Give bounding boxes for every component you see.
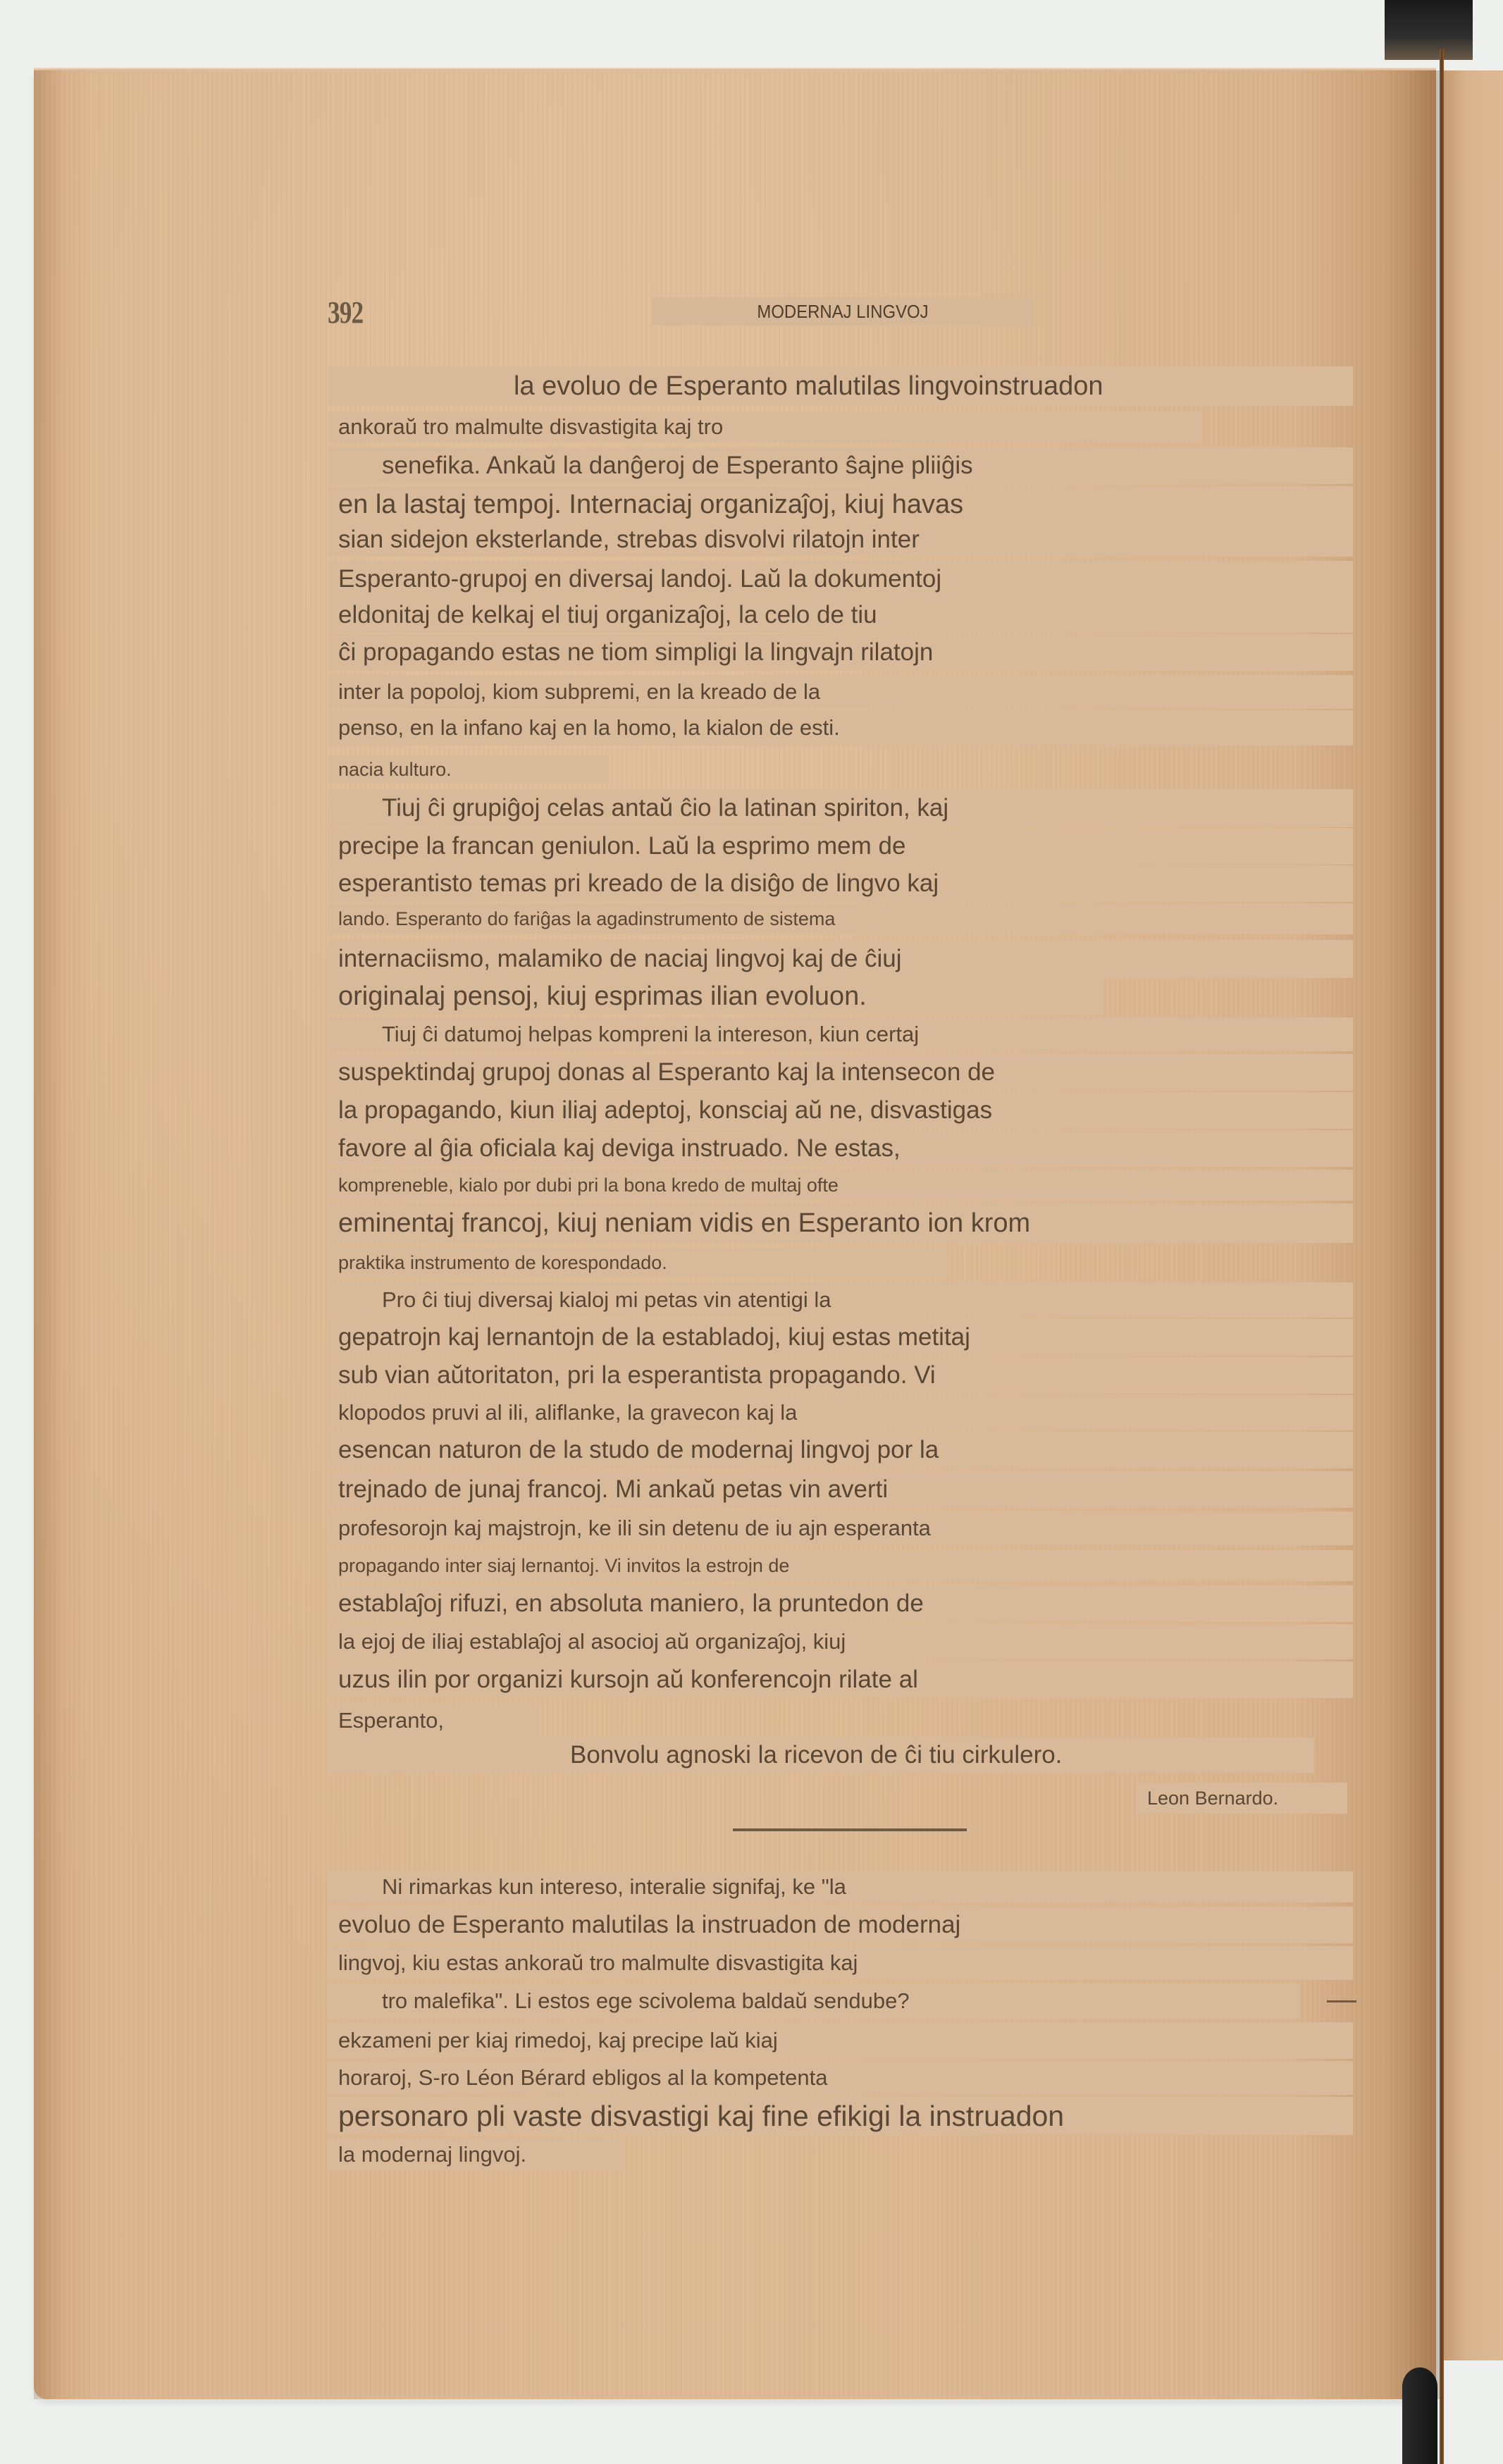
text-line: internaciismo, malamiko de naciaj lingvo… [328,940,1353,978]
text-line: Esperanto-grupoj en diversaj landoj. Laŭ… [328,561,1353,598]
text-line: precipe la francan geniulon. Laŭ la espr… [328,828,1353,865]
text-line: penso, en la infano kaj en la homo, la k… [328,710,1353,745]
text-line: originalaj pensoj, kiuj esprimas ilian e… [328,978,1103,1015]
commentary-line: ekzameni per kiaj rimedoj, kaj precipe l… [328,2022,1353,2059]
text-line: lando. Esperanto do fariĝas la agadinstr… [328,903,1353,934]
page-right-shade [1381,70,1440,2399]
text-line: eldonitaj de kelkaj el tiuj organizaĵoj,… [328,598,1353,633]
text-line: favore al ĝia oficiala kaj deviga instru… [328,1130,1353,1167]
text-line: gepatrojn kaj lernantojn de la establado… [328,1319,1353,1356]
commentary-line: tro malefika". Li estos ege scivolema ba… [328,1983,1300,2019]
commentary-line: personaro pli vaste disvastigi kaj fine … [328,2097,1353,2135]
text-line: suspektindaj grupoj donas al Esperanto k… [328,1054,1353,1091]
text-line: la propagando, kiun iliaj adeptoj, konsc… [328,1092,1353,1129]
text-line: sub vian aŭtoritaton, pri la esperantist… [328,1357,1353,1394]
scan-background-dark-top [1385,0,1473,60]
commentary-line: lingvoj, kiu estas ankoraŭ tro malmulte … [328,1946,1353,1980]
commentary-line: la modernaj lingvoj. [328,2139,624,2170]
text-line: esencan naturon de la studo de modernaj … [328,1432,1353,1468]
facing-page-edge [1444,70,1503,2360]
text-line: la ejoj de iliaj establaĵoj al asocioj a… [328,1624,1353,1659]
margin-mark [1327,2000,1356,2002]
commentary-line: horaroj, S-ro Léon Bérard ebligos al la … [328,2061,1353,2095]
text-line: eminentaj francoj, kiuj neniam vidis en … [328,1203,1353,1243]
text-line: la evoluo de Esperanto malutilas lingvoi… [328,366,1353,406]
text-line: esperantisto temas pri kreado de la disi… [328,865,1353,902]
text-line: klopodos pruvi al ili, aliflanke, la gra… [328,1395,1353,1430]
text-line: inter la popoloj, kiom subpremi, en la k… [328,675,1353,709]
text-line: sian sidejon eksterlande, strebas disvol… [328,523,1353,557]
commentary-line: Ni rimarkas kun intereso, interalie sign… [328,1871,1353,1902]
text-line: Esperanto, [328,1704,539,1738]
text-line: uzus ilin por organizi kursojn aŭ konfer… [328,1661,1353,1698]
text-line: ankoraŭ tro malmulte disvastigita kaj tr… [328,411,1201,442]
text-line: kompreneble, kialo por dubi pri la bona … [328,1170,1353,1201]
signature: Leon Bernardo. [1136,1783,1347,1814]
text-line: Pro ĉi tiuj diversaj kialoj mi petas vin… [328,1282,1353,1318]
commentary-line: evoluo de Esperanto malutilas la instrua… [328,1907,1353,1943]
text-line: profesorojn kaj majstrojn, ke ili sin de… [328,1511,1353,1545]
text-line: en la lastaj tempoj. Internaciaj organiz… [328,486,1353,523]
text-line: ĉi propagando estas ne tiom simpligi la … [328,634,1353,671]
running-head: MODERNAJ LINGVOJ [668,297,1018,326]
closing-line: Bonvolu agnoski la ricevon de ĉi tiu cir… [328,1738,1314,1773]
scan-background-dark-bottom [1402,2367,1437,2464]
text-line: senefika. Ankaŭ la danĝeroj de Esperanto… [328,447,1353,484]
page-left-shade [34,70,62,2399]
text-line: trejnado de junaj francoj. Mi ankaŭ peta… [328,1471,1353,1508]
text-line: propagando inter siaj lernantoj. Vi invi… [328,1550,1353,1581]
section-divider-rule [733,1828,967,1831]
text-line: praktika instrumento de korespondado. [328,1247,948,1278]
text-line: establaĵoj rifuzi, en absoluta maniero, … [328,1585,1353,1622]
text-line: nacia kulturo. [328,755,610,784]
text-line: Tiuj ĉi grupiĝoj celas antaŭ ĉio la lati… [328,789,1353,827]
page-number: 392 [328,295,363,330]
text-line: Tiuj ĉi datumoj helpas kompreni la inter… [328,1017,1353,1051]
